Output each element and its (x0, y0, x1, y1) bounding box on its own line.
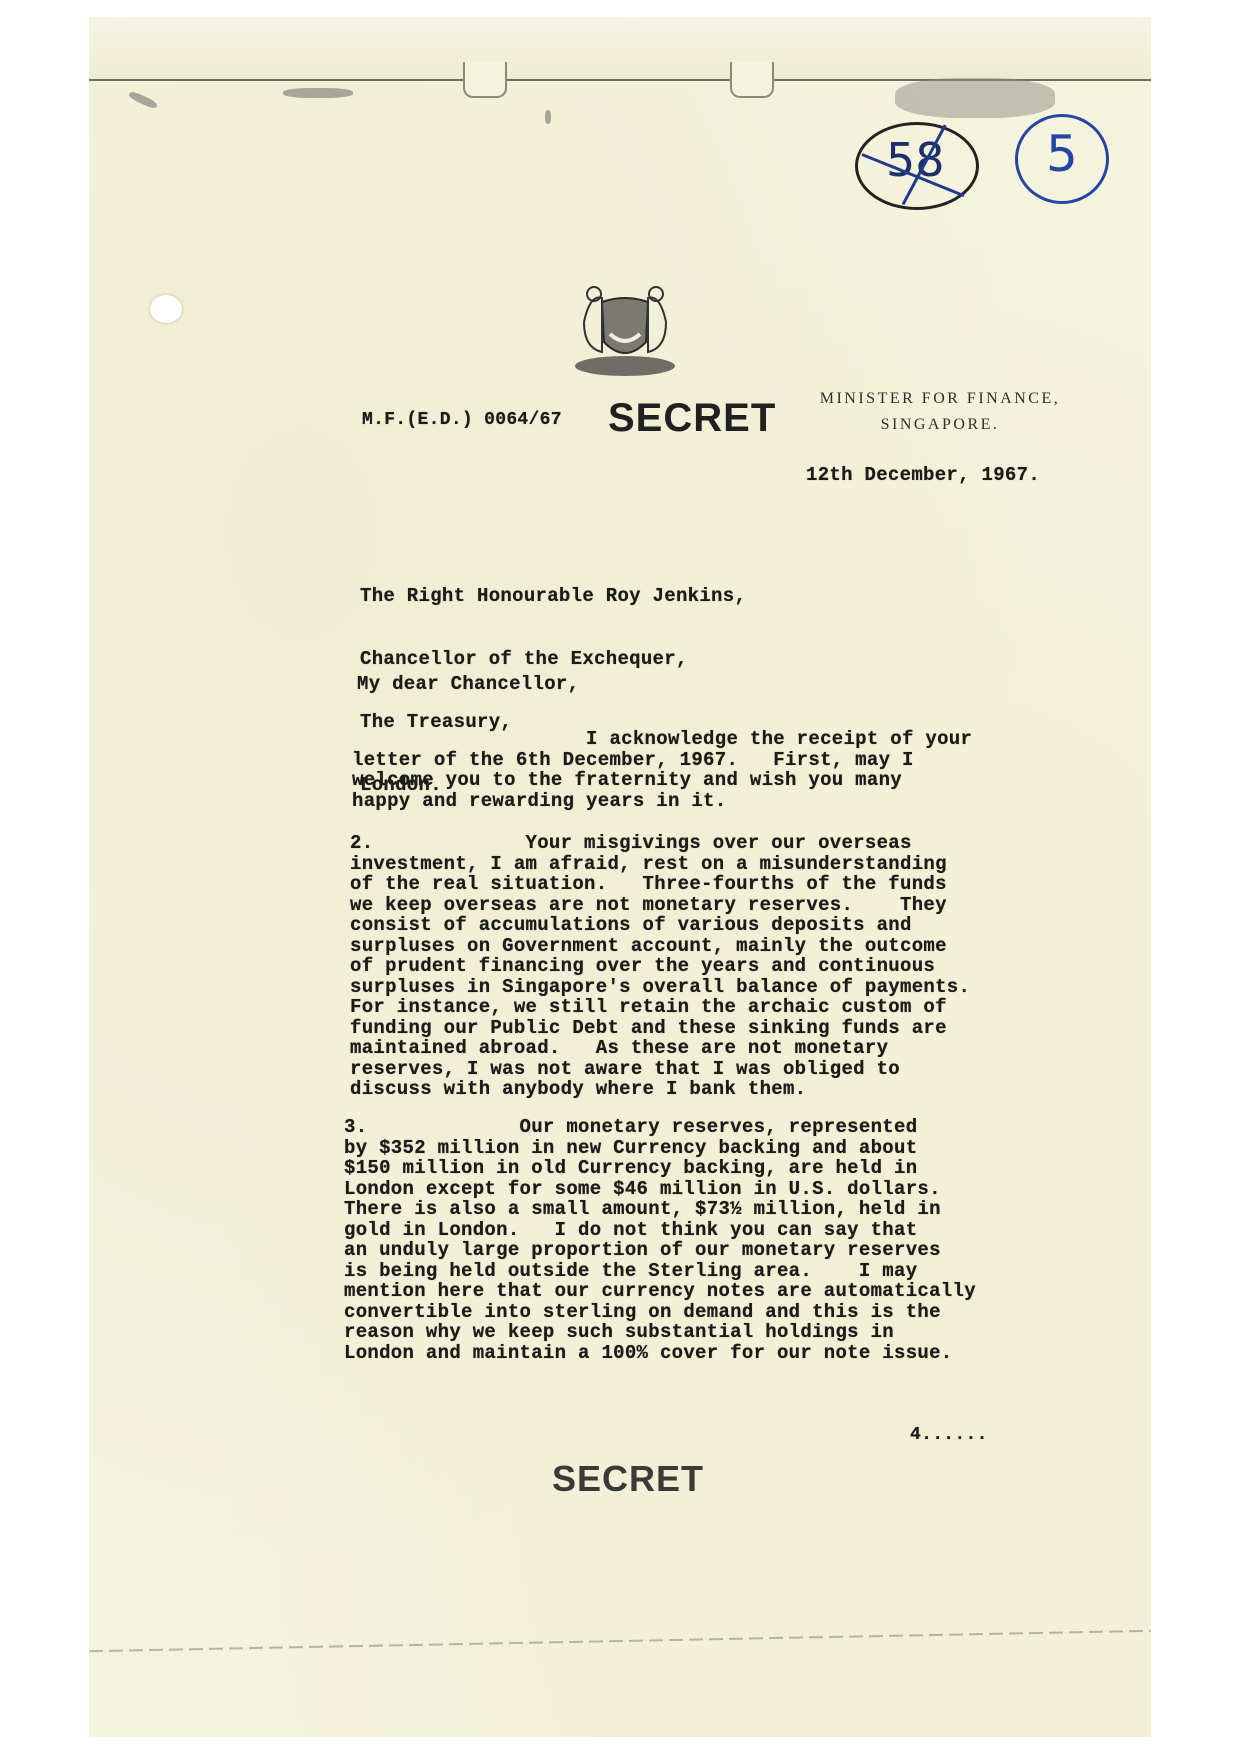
folio-mark-crossed: 58 (855, 122, 979, 210)
address-line: The Right Honourable Roy Jenkins, (360, 586, 746, 607)
folio-number-current: 5 (1046, 125, 1078, 183)
folio-mark-current: 5 (1015, 114, 1109, 204)
address-line: Chancellor of the Exchequer, (360, 649, 746, 670)
paragraph-2: 2. Your misgivings over our overseas inv… (350, 833, 970, 1100)
classification-stamp-bottom: SECRET (552, 1458, 704, 1500)
ink-smudge (545, 110, 551, 124)
letterhead: MINISTER FOR FINANCE, SINGAPORE. (800, 386, 1080, 438)
punch-hole (150, 295, 182, 323)
document-reference: M.F.(E.D.) 0064/67 (362, 410, 562, 430)
file-binding-strip (89, 17, 1151, 81)
letter-date: 12th December, 1967. (806, 464, 1040, 486)
salutation: My dear Chancellor, (357, 673, 579, 695)
ink-smudge (895, 78, 1055, 118)
ink-smudge (283, 88, 353, 98)
letterhead-location: SINGAPORE. (800, 412, 1080, 438)
singapore-coat-of-arms-icon (570, 282, 680, 382)
continuation-marker: 4...... (910, 1425, 988, 1445)
binding-tab (730, 62, 774, 98)
classification-stamp-top: SECRET (608, 396, 776, 441)
binding-tab (463, 62, 507, 98)
letterhead-title: MINISTER FOR FINANCE, (800, 386, 1080, 412)
paragraph-1: I acknowledge the receipt of your letter… (352, 729, 972, 811)
paragraph-3: 3. Our monetary reserves, represented by… (344, 1117, 976, 1363)
